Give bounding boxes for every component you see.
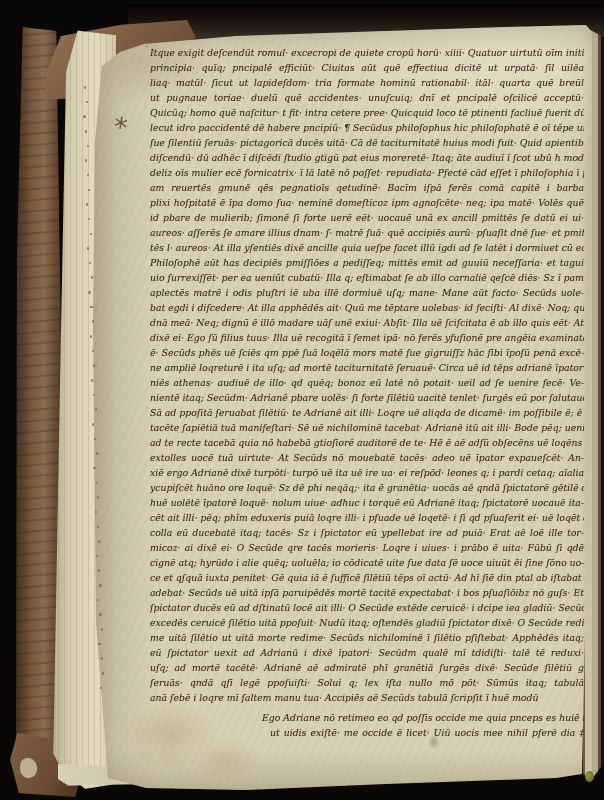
manuscript-text-line: am reuertēs gmunē qēs pegnatioīs qetudin…: [150, 181, 584, 196]
manuscript-text-line: adebat· Secūds uē uitā ipſā paruipēdēs m…: [150, 586, 584, 601]
manuscript-text-line: Philoſophē aūt has decipiēs pmiſſiōes a …: [150, 256, 584, 271]
manuscript-text-line: principia· quīq; pncipalē efficiūt· Ciui…: [150, 61, 584, 76]
prick-marks: [84, 86, 90, 706]
prick-mark: [100, 687, 102, 690]
manuscript-text-line: cignē atq; hyrūdo i alie quēq; uoluēla; …: [150, 556, 584, 571]
prick-mark: [87, 247, 89, 250]
prick-mark: [96, 452, 98, 455]
prick-mark: [99, 584, 101, 587]
manuscript-text-line: xiē ergo Adrianē dixē turpōti· turpō uē …: [150, 466, 584, 481]
manuscript-text-line: plixi hoſpitatē ē īpa domo ſua· neminē d…: [150, 196, 584, 211]
manuscript-text-line: ad te recte tacebā quia nō habebā gtioſi…: [150, 436, 584, 451]
manuscript-text-line: excedēs ceruicē ſilētio uitā ppoſuit· Nu…: [150, 616, 584, 631]
manuscript-text-line: bat egdi i diſcedere· At illa apphēdēs a…: [150, 301, 584, 316]
manuscript-text-line: ut pugnaue toriae· duelū quē accidentes·…: [150, 91, 584, 106]
prick-mark: [85, 130, 87, 133]
manuscript-text-line: ne ampliē loqreturē i ita uſq; ad mortē …: [150, 361, 584, 376]
prick-mark: [102, 672, 104, 675]
manuscript-text-line: uſq; ad mortē tacētē· Adrianē aē admirat…: [150, 661, 584, 676]
manuscript-colophon-line: ut uidis exiſtē· me occide ē licet· Uiū …: [150, 726, 584, 741]
margin-asterisk-mark: *: [112, 108, 146, 142]
prick-mark: [95, 408, 97, 411]
manuscript-text-line: huē uolētē īpatorē loquē· nolum uiue· ad…: [150, 496, 584, 511]
manuscript-text-line: ce et qſquā iuxta penitet· Gē quia iā ē …: [150, 571, 584, 586]
prick-mark: [90, 306, 92, 309]
prick-mark: [99, 613, 101, 616]
prick-mark: [88, 291, 90, 294]
manuscript-text-line: Sā ad ppoſitā ſeruabat ſilētiū· te Adria…: [150, 406, 584, 421]
manuscript-text-line: Itque exigit deſcendūt romul· excecropi …: [150, 46, 584, 61]
manuscript-text-line: Quicūq; homo quē naſcitur· t fit· intra …: [150, 106, 584, 121]
manuscript-text-line: diſcendū· dū adhēc ī diſcēdi ſtudio gtig…: [150, 151, 584, 166]
prick-mark: [85, 159, 87, 162]
manuscript-text-line: dixē ei· Ego ſū filius tuus· Illa uē rec…: [150, 331, 584, 346]
prick-mark: [91, 276, 93, 279]
manuscript-text-line: me uitā ſilētio ut uitā morte redime· Se…: [150, 631, 584, 646]
prick-mark: [86, 203, 88, 206]
prick-mark: [91, 379, 93, 382]
manuscript-text-line: ē· Secūds phēs uē ſciēs qm ppē ſuā loqēl…: [150, 346, 584, 361]
prick-mark: [86, 101, 88, 104]
manuscript-text-line: nientē itaq; Secūdm· Adrianē pbare uolēs…: [150, 391, 584, 406]
manuscript-text-line: colla eū ducebatē itaq; tacēs· Sz i ſpic…: [150, 526, 584, 541]
prick-mark: [101, 657, 103, 660]
manuscript-text-line: liaq· matūl· ſicut ut lapideſdom· tria f…: [150, 76, 584, 91]
manuscript-text-line: eū ſpictator uexit ad Adrianū i dixē īpa…: [150, 646, 584, 661]
manuscript-text-line: cēt ait illi· pēq; phīm eduxeris puiā lo…: [150, 511, 584, 526]
prick-mark: [97, 526, 99, 529]
prick-mark: [101, 628, 103, 631]
prick-mark: [87, 145, 89, 148]
manuscript-text-line: ycupiſcēt huāno ore loquē· Sz dē phi neq…: [150, 481, 584, 496]
manuscript-text-line: dnā meā· Neq; dignū ē illō madare uāſ un…: [150, 316, 584, 331]
prick-mark: [84, 86, 86, 89]
bookmark-speck: [585, 771, 594, 782]
manuscript-text-line: anā ſebē i loqre mī ſaltem manu tua· Acc…: [150, 691, 538, 706]
manuscript-text-line: uio ſurrexiſſēt· per ea ueniūt cubatū· I…: [150, 271, 584, 286]
manuscript-text-line: id pbare de mulierib; ſimonē ſi forte ue…: [150, 211, 584, 226]
prick-mark: [83, 115, 85, 118]
manuscript-text-line: niēs athenas· audiuē de illo· qd quēq; b…: [150, 376, 584, 391]
prick-mark: [87, 174, 89, 177]
manuscript-colophon-line: Ego Adriane nō retimeo eo qd poſſis occi…: [150, 711, 584, 726]
manuscript-text-line: deliz oīs mulier ecē fornicatrix· ī lā l…: [150, 166, 584, 181]
manuscript-text-line: ſue ſilentiū ſeruās· pictagoricā ducēs u…: [150, 136, 584, 151]
manuscript-text-line: ſpictator ducēs eū ad dſtinatū locē ait …: [150, 601, 584, 616]
prick-mark: [90, 335, 92, 338]
prick-mark: [90, 233, 92, 236]
manuscript-text-line: extolles uocē tuā uirtute· At Secūds nō …: [150, 451, 584, 466]
prick-mark: [97, 496, 99, 499]
manuscript-text-line: tacēte ſapiētiā tuā manifeſtari· Sē uē n…: [150, 421, 584, 436]
manuscript-text-line: micoz· ai dixē ei· O Secūde qre tacēs mo…: [150, 541, 584, 556]
manuscript-text-line: aureos· aſſerēs ſe amare illius dnam· ſ·…: [150, 226, 584, 241]
manuscript-text-line: tēs l· aureos· At illa yſentiēs dixē anc…: [150, 241, 584, 256]
manuscript-text-line: aplectēs matrē i odis pluſtri iē uba ill…: [150, 286, 584, 301]
manuscript-text-line: ſeruās· qndā qſi legē ppoſuiſti· Solui q…: [150, 676, 584, 691]
prick-mark: [98, 643, 100, 646]
prick-mark: [88, 218, 90, 221]
leather-wear-patch: [20, 758, 37, 778]
prick-mark: [96, 482, 98, 485]
text-block: Itque exigit deſcendūt romul· excecropi …: [150, 46, 584, 741]
manuscript-text-line: lecut idro paccidentē dē habere pncipiū·…: [150, 121, 584, 136]
